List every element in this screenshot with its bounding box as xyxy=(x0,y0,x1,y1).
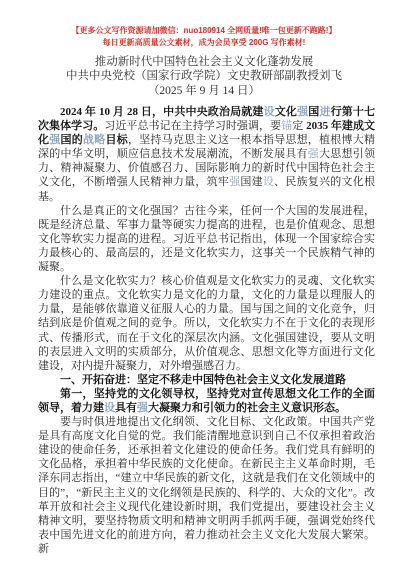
text-run: 锚 xyxy=(281,120,292,132)
para-what-is-cultural-power: 什么是真正的文化强国？古往今来，任何一个大国的发展进程，既是经济总量、军事力量等… xyxy=(38,204,375,274)
text-run: 什么是文化软实力？核心价值观是文化软实力的灵魂、文化软实力建设的重点。文化软实力… xyxy=(38,275,375,372)
text-run: 要与时俱进地提出文化纲领、文化目标、文化政策。中国共产党是具有高度文化自觉的党。… xyxy=(38,416,375,555)
promo-line-2: 每日更新高质量公文素材，成为会员享受 200G 写作素材! xyxy=(0,37,408,49)
document-page: 【更多公文写作资源请加微信：nuo180914 全网质量!唯一包更新不跑路!】 … xyxy=(0,0,408,580)
text-run: 强 xyxy=(137,402,148,414)
text-run: 设 xyxy=(263,176,274,188)
text-run: 具有 xyxy=(115,402,137,414)
text-run: 强 xyxy=(229,176,240,188)
doc-body: 2024 年 10 月 28 日，中共中央政治局就建设文化强国进行第十七次集体学… xyxy=(38,105,375,556)
para-what-is-soft-power: 什么是文化软实力？核心价值观是文化软实力的灵魂、文化软实力建设的重点。文化软实力… xyxy=(38,274,375,373)
doc-date: （2025 年 9 月 14 日） xyxy=(0,84,408,98)
text-run: 战略 xyxy=(83,134,105,146)
text-run: 大凝聚力和引领力的社会主义意识形态。 xyxy=(148,402,346,414)
text-run: 一、开拓奋进：坚定不移走中国特色社会主义文化发展道路 xyxy=(60,374,346,386)
promo-banner: 【更多公文写作资源请加微信：nuo180914 全网质量!唯一包更新不跑路!】 … xyxy=(0,0,408,49)
text-run: 2024 年 10 月 28 日，中共中央政治局就建 xyxy=(60,106,264,118)
doc-author: 中共中央党校（国家行政学院）文史教研部副教授刘飞 xyxy=(0,69,408,83)
heading-section-1: 一、开拓奋进：坚定不移走中国特色社会主义文化发展道路 xyxy=(38,373,375,387)
text-run: 定 xyxy=(292,120,306,132)
text-run: 国的 xyxy=(61,134,83,146)
text-run: 什么是真正的文化强国？古往今来，任何一个大国的发展进程，既是经济总量、军事力量等… xyxy=(38,205,375,273)
promo-line-1: 【更多公文写作资源请加微信：nuo180914 全网质量!唯一包更新不跑路!】 xyxy=(0,25,408,37)
para-opening: 2024 年 10 月 28 日，中共中央政治局就建设文化强国进行第十七次集体学… xyxy=(38,105,375,204)
text-run: 强 xyxy=(49,134,60,146)
doc-title: 推动新时代中国特色社会主义文化蓬勃发展 xyxy=(0,55,408,69)
text-run: 文化 xyxy=(275,106,297,118)
text-run: 习近平总书记在主持学习时强调，要 xyxy=(104,120,281,132)
title-block: 推动新时代中国特色社会主义文化蓬勃发展 中共中央党校（国家行政学院）文史教研部副… xyxy=(0,55,408,98)
text-run: 进 xyxy=(319,106,330,118)
text-run: 国建 xyxy=(240,176,262,188)
text-run: 目标 xyxy=(105,134,127,146)
text-run: 设 xyxy=(104,402,115,414)
text-run: 设 xyxy=(264,106,275,118)
text-run: 国 xyxy=(308,106,319,118)
para-party-leadership: 要与时俱进地提出文化纲领、文化目标、文化政策。中国共产党是具有高度文化自觉的党。… xyxy=(38,415,375,556)
text-run: 强 xyxy=(297,106,308,118)
text-run: 强 xyxy=(308,148,319,160)
heading-point-1: 第一，坚持党的文化领导权，坚持党对宣传思想文化工作的全面领导，着力建设具有强大凝… xyxy=(38,387,375,415)
